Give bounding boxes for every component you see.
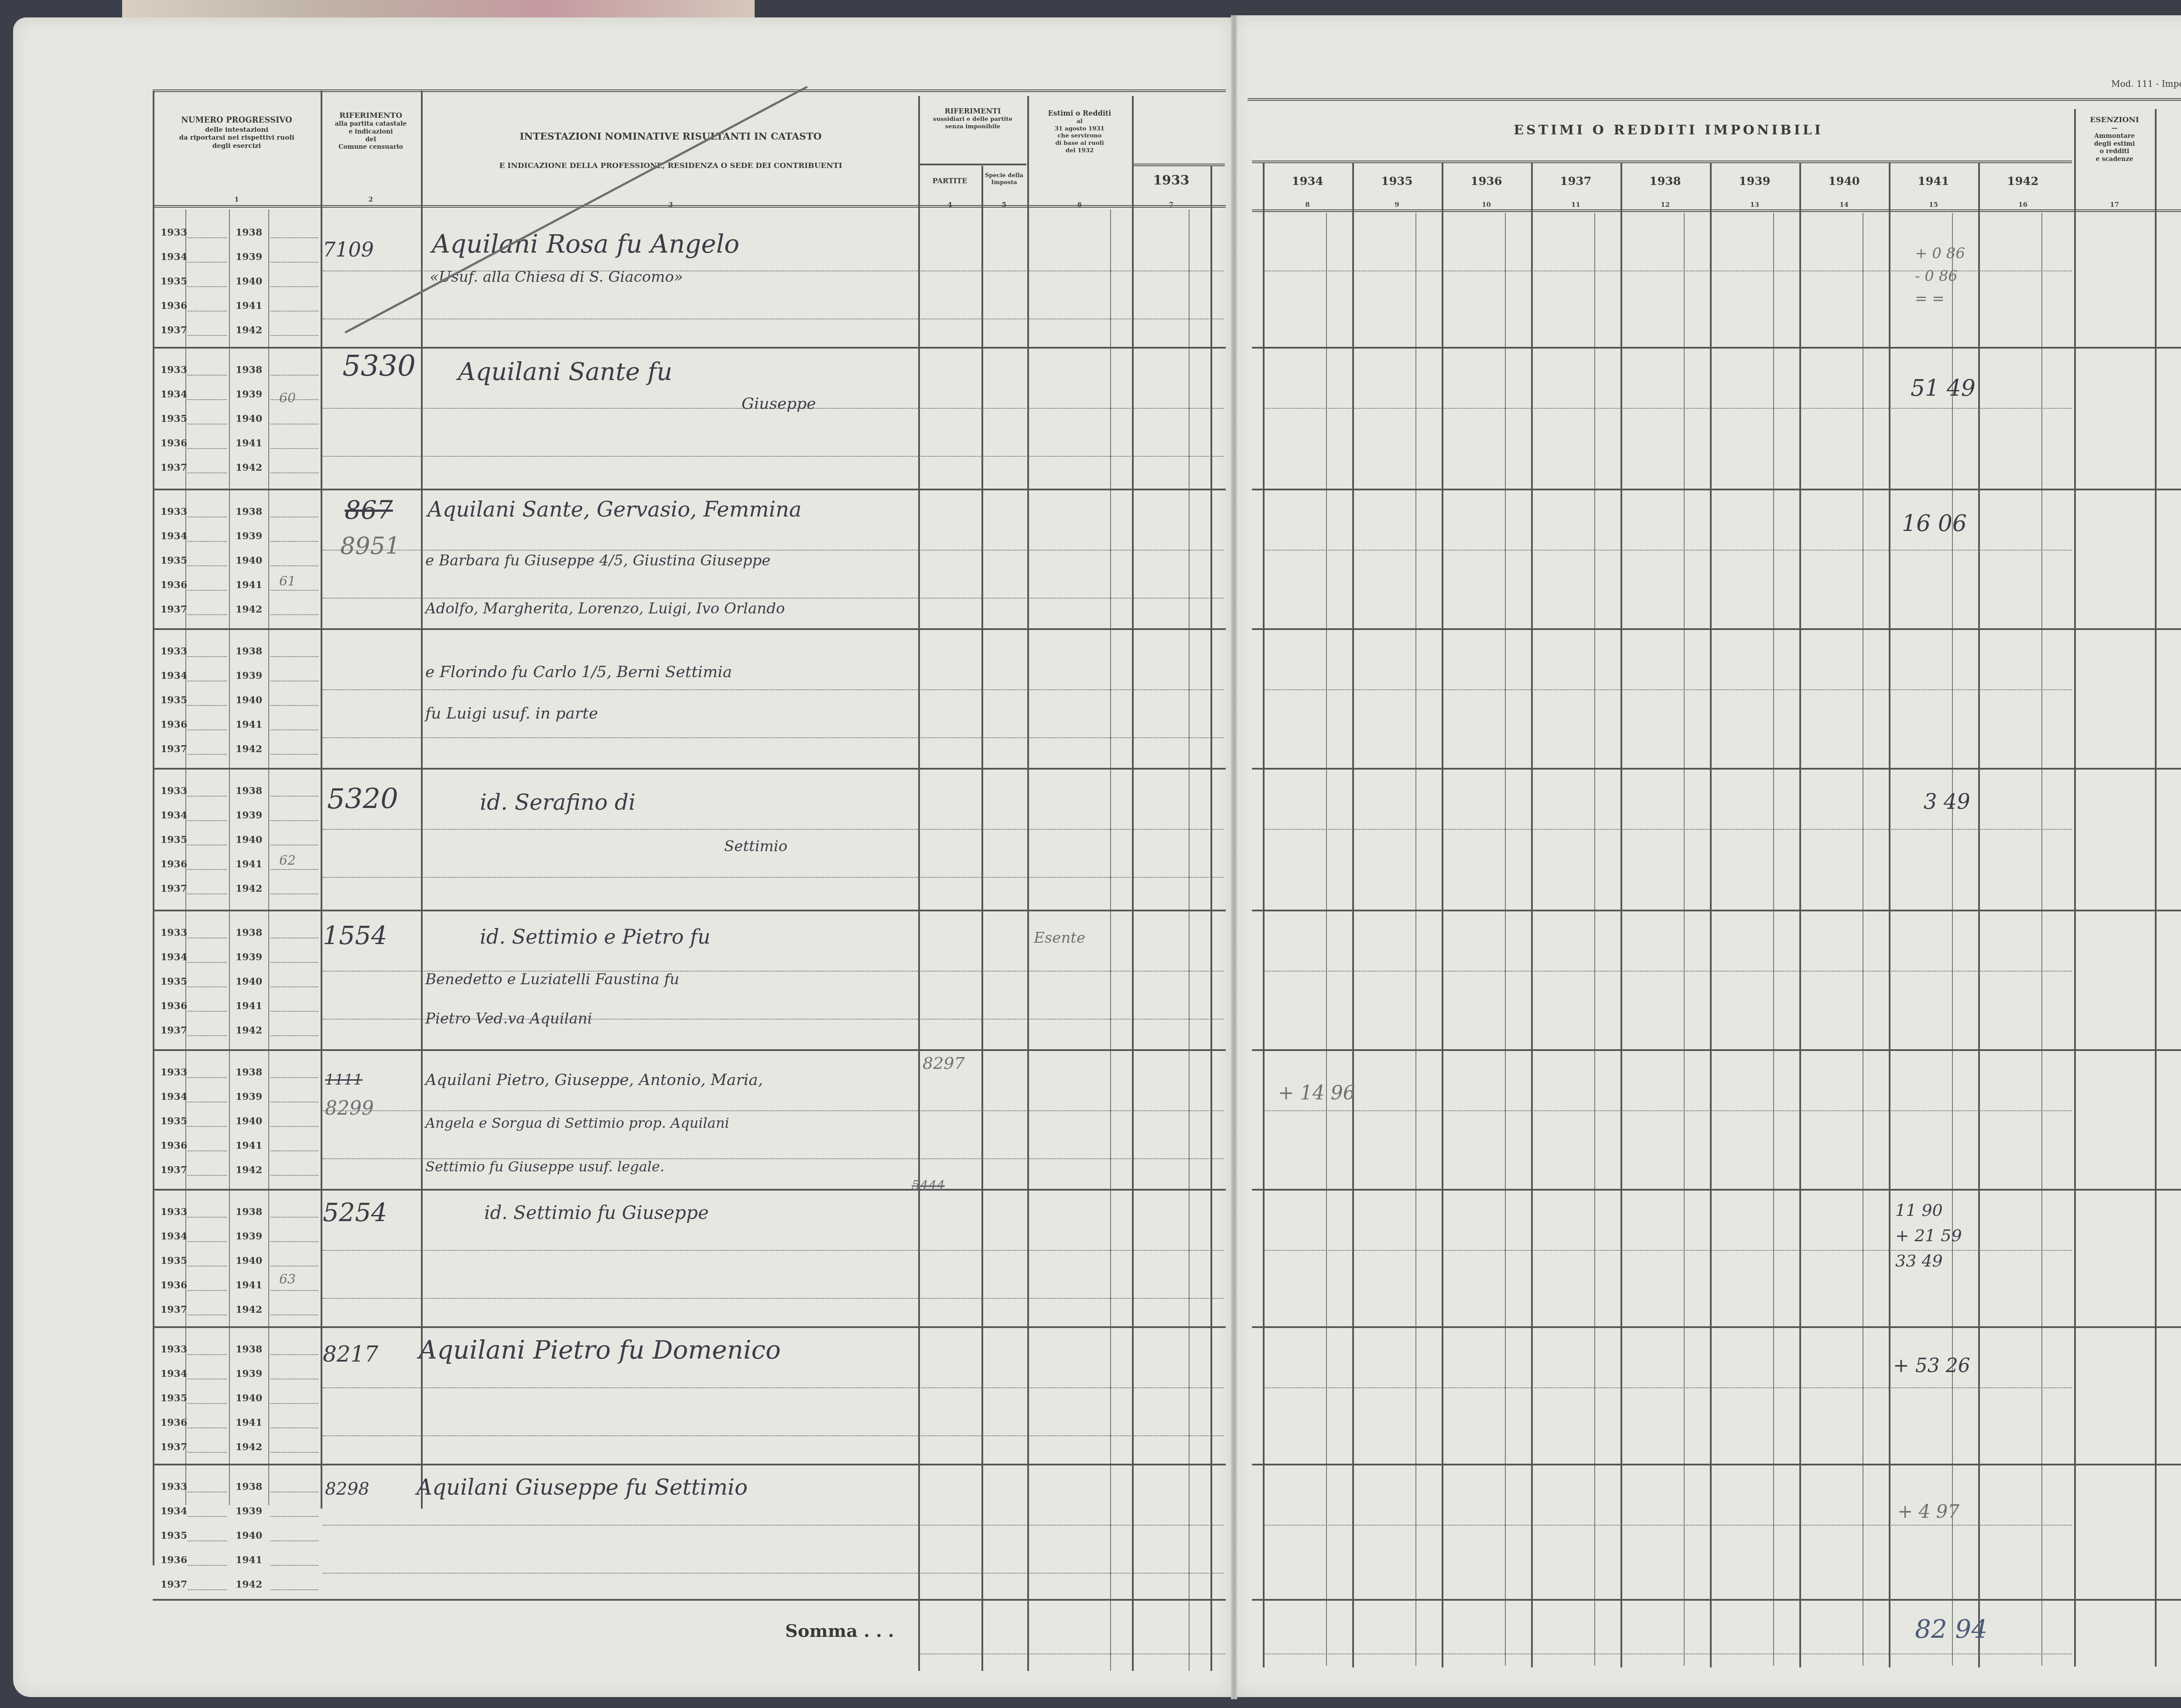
value-1941-entry-8: 11 90 + 21 59 33 49 bbox=[1895, 1198, 1962, 1273]
year-label: 1939 bbox=[236, 670, 262, 681]
year-label: 1933 bbox=[161, 927, 187, 938]
entry-separator bbox=[153, 489, 1226, 490]
year-label: 1940 bbox=[236, 1393, 262, 1404]
year-label: 1941 bbox=[236, 438, 262, 449]
year-label: 1938 bbox=[236, 1344, 262, 1355]
year-label: 1933 bbox=[161, 1206, 187, 1218]
blank-line bbox=[270, 472, 318, 473]
blank-line bbox=[270, 729, 318, 730]
blank-line bbox=[270, 681, 318, 681]
year-label: 1941 bbox=[236, 300, 262, 311]
year-label: 1937 bbox=[161, 1164, 187, 1176]
year-label: 1939 bbox=[236, 389, 262, 400]
blank-line bbox=[188, 1379, 227, 1379]
ruled-line bbox=[1265, 689, 2072, 690]
blank-line bbox=[270, 1102, 318, 1102]
blank-line bbox=[270, 1241, 318, 1242]
year-label: 1940 bbox=[236, 695, 262, 706]
header-intestazioni: INTESTAZIONI NOMINATIVE RISULTANTI IN CA… bbox=[425, 131, 916, 143]
blank-line bbox=[188, 1427, 227, 1428]
somma-rule bbox=[1265, 1653, 2072, 1654]
blank-line bbox=[188, 614, 227, 615]
cents-divider bbox=[2041, 213, 2042, 1666]
col-divider bbox=[1889, 162, 1890, 1667]
blank-line bbox=[188, 1102, 227, 1102]
ruled-line bbox=[323, 737, 1224, 738]
header-bottom-rule bbox=[1252, 209, 2181, 212]
year-label: 1936 bbox=[161, 1140, 187, 1151]
ruled-line bbox=[323, 1110, 1224, 1111]
subheader-rule bbox=[1252, 161, 2072, 163]
blank-line bbox=[270, 311, 318, 311]
year-label: 1935 bbox=[161, 834, 187, 845]
blank-line bbox=[270, 1452, 318, 1453]
entry-ref: 1554 bbox=[323, 921, 387, 950]
blank-line bbox=[270, 1290, 318, 1291]
blank-line bbox=[188, 237, 227, 238]
col-divider bbox=[1352, 162, 1354, 1667]
year-label: 1936 bbox=[161, 438, 187, 449]
cents-divider bbox=[1952, 213, 1953, 1666]
col-number: 6 bbox=[1029, 201, 1130, 209]
blank-line bbox=[270, 1589, 318, 1590]
blank-line bbox=[270, 1403, 318, 1404]
col-number: 13 bbox=[1710, 201, 1799, 209]
blank-line bbox=[188, 1589, 227, 1590]
cents-divider bbox=[1863, 213, 1863, 1666]
blank-line bbox=[270, 237, 318, 238]
blank-line bbox=[270, 286, 318, 287]
entry-separator bbox=[1252, 1326, 2181, 1328]
year-label: 1937 bbox=[161, 743, 187, 755]
year-label: 1937 bbox=[161, 1025, 187, 1036]
blank-line bbox=[188, 1452, 227, 1453]
entry-name: e Florindo fu Carlo 1/5, Berni Settimia bbox=[425, 663, 732, 681]
blank-line bbox=[188, 1011, 227, 1012]
blank-line bbox=[270, 1379, 318, 1379]
header-riferimento: RIFERIMENTO alla partita catastale e ind… bbox=[323, 111, 419, 151]
col-number: 4 bbox=[920, 201, 979, 209]
value-1941-entry-2: 51 49 bbox=[1911, 375, 1976, 401]
ruled-line bbox=[1265, 408, 2072, 409]
col-divider bbox=[1189, 209, 1190, 1671]
ruled-line bbox=[1265, 1525, 2072, 1526]
entry-separator bbox=[153, 910, 1226, 911]
header-year-1933: 1933 bbox=[1134, 172, 1208, 189]
blank-line bbox=[188, 1403, 227, 1404]
entry-name: Benedetto e Luziatelli Faustina fu bbox=[425, 971, 679, 988]
blank-line bbox=[270, 1492, 318, 1492]
header-year-1934: 1934 bbox=[1263, 175, 1352, 189]
header-year-1935: 1935 bbox=[1352, 175, 1442, 189]
value-1941-entry-1: + 0 86 - 0 86 = = bbox=[1915, 242, 1965, 310]
right-page bbox=[1234, 15, 2181, 1697]
blank-line bbox=[270, 1150, 318, 1151]
col-divider bbox=[1442, 162, 1443, 1667]
year-label: 1939 bbox=[236, 1091, 262, 1102]
entry-ref: 8217 bbox=[323, 1342, 378, 1367]
entry-separator bbox=[1252, 1189, 2181, 1191]
blank-line bbox=[188, 1565, 227, 1566]
entry-separator bbox=[153, 1189, 1226, 1191]
value-1941-entry-5: 3 49 bbox=[1924, 790, 1970, 814]
blank-line bbox=[188, 1492, 227, 1492]
blank-line bbox=[270, 1126, 318, 1127]
entry-separator bbox=[153, 1326, 1226, 1328]
year-label: 1940 bbox=[236, 834, 262, 845]
ruled-line bbox=[323, 1298, 1224, 1299]
year-label: 1934 bbox=[161, 670, 187, 681]
entry-separator bbox=[1252, 1464, 2181, 1465]
blank-line bbox=[270, 565, 318, 566]
header-year-1939: 1939 bbox=[1710, 175, 1799, 189]
year-label: 1941 bbox=[236, 859, 262, 870]
blank-line bbox=[270, 1516, 318, 1517]
year-label: 1935 bbox=[161, 276, 187, 287]
blank-line bbox=[188, 1540, 227, 1541]
year-label: 1939 bbox=[236, 1506, 262, 1517]
blank-line bbox=[270, 590, 318, 591]
entry-separator bbox=[1252, 1599, 2181, 1601]
blank-line bbox=[188, 1150, 227, 1151]
blank-line bbox=[188, 262, 227, 263]
ruled-line bbox=[323, 318, 1224, 319]
col-number: 2 bbox=[323, 195, 419, 203]
entry-separator bbox=[153, 628, 1226, 630]
year-label: 1941 bbox=[236, 1417, 262, 1428]
year-label: 1940 bbox=[236, 555, 262, 566]
blank-line bbox=[270, 1314, 318, 1315]
blank-line bbox=[270, 845, 318, 845]
blank-line bbox=[188, 541, 227, 542]
blank-line bbox=[188, 1266, 227, 1266]
header-estimi-1931: Estimi o Redditi al 31 agosto 1931 che s… bbox=[1029, 109, 1130, 154]
col-divider bbox=[1799, 162, 1801, 1667]
col-number: 5 bbox=[982, 201, 1026, 209]
entry-partita: 8297 bbox=[923, 1054, 965, 1073]
blank-line bbox=[270, 869, 318, 870]
blank-line bbox=[188, 311, 227, 311]
book-gutter bbox=[1231, 15, 1237, 1699]
year-label: 1937 bbox=[161, 325, 187, 336]
entry-prog: 61 bbox=[279, 574, 296, 589]
year-label: 1934 bbox=[161, 1231, 187, 1242]
blank-line bbox=[270, 1427, 318, 1428]
header-year-1941: 1941 bbox=[1889, 175, 1978, 189]
subheader-rule bbox=[920, 164, 1026, 165]
ruled-line bbox=[323, 1250, 1224, 1251]
year-label: 1935 bbox=[161, 1393, 187, 1404]
year-label: 1933 bbox=[161, 646, 187, 657]
ruled-line bbox=[323, 456, 1224, 457]
blank-line bbox=[188, 656, 227, 657]
col-divider bbox=[229, 209, 230, 1505]
year-label: 1935 bbox=[161, 1255, 187, 1266]
ruled-line bbox=[323, 829, 1224, 830]
year-label: 1939 bbox=[236, 251, 262, 263]
somma-label: Somma . . . bbox=[785, 1621, 894, 1641]
year-label: 1937 bbox=[161, 1441, 187, 1453]
year-label: 1940 bbox=[236, 976, 262, 987]
year-label: 1942 bbox=[236, 1579, 262, 1590]
entry-separator bbox=[153, 1464, 1226, 1465]
subheader-rule bbox=[1133, 164, 1225, 166]
year-label: 1933 bbox=[161, 506, 187, 517]
year-label: 1933 bbox=[161, 1067, 187, 1078]
blank-line bbox=[270, 614, 318, 615]
blank-line bbox=[270, 796, 318, 797]
blank-line bbox=[188, 820, 227, 821]
entry-separator bbox=[1252, 910, 2181, 911]
entry-separator bbox=[153, 1049, 1226, 1051]
entry-separator bbox=[1252, 1049, 2181, 1051]
entry-separator bbox=[153, 347, 1226, 349]
header-annotazioni: ANNOTAZIONI bbox=[2157, 153, 2181, 166]
year-label: 1942 bbox=[236, 462, 262, 473]
entry-name: Pietro Ved.va Aquilani bbox=[425, 1010, 592, 1027]
ruled-line bbox=[323, 1525, 1224, 1526]
blank-line bbox=[188, 1516, 227, 1517]
col-number: 7 bbox=[1134, 201, 1208, 209]
binding-clips bbox=[122, 0, 755, 20]
col-number: 3 bbox=[425, 201, 916, 209]
year-label: 1941 bbox=[236, 1280, 262, 1291]
year-label: 1938 bbox=[236, 364, 262, 376]
header-estimi-imponibili: ESTIMI O REDDITI IMPONIBILI bbox=[1265, 122, 2072, 139]
year-label: 1933 bbox=[161, 785, 187, 797]
table-left-border bbox=[153, 91, 154, 1565]
blank-line bbox=[270, 1540, 318, 1541]
entry-name: Aquilani Sante fu bbox=[458, 358, 672, 386]
col-divider bbox=[918, 96, 920, 1671]
table-top-rule bbox=[1248, 98, 2181, 101]
entry-ref-2: 8951 bbox=[340, 532, 400, 560]
blank-line bbox=[188, 845, 227, 845]
blank-line bbox=[188, 869, 227, 870]
entry-name: Aquilani Sante, Gervasio, Femmina bbox=[427, 497, 802, 522]
year-label: 1942 bbox=[236, 883, 262, 894]
entry-ref-crossed: 1111 bbox=[325, 1071, 363, 1088]
blank-line bbox=[270, 938, 318, 938]
header-year-1936: 1936 bbox=[1442, 175, 1531, 189]
blank-line bbox=[188, 286, 227, 287]
year-label: 1941 bbox=[236, 579, 262, 591]
header-year-1937: 1937 bbox=[1531, 175, 1620, 189]
entry-name: Giuseppe bbox=[742, 395, 816, 413]
blank-line bbox=[188, 1217, 227, 1218]
blank-line bbox=[188, 335, 227, 336]
year-label: 1936 bbox=[161, 1417, 187, 1428]
blank-line bbox=[188, 472, 227, 473]
year-label: 1938 bbox=[236, 646, 262, 657]
entry-separator bbox=[1252, 628, 2181, 630]
col-divider bbox=[1531, 162, 1533, 1667]
cents-divider bbox=[1415, 213, 1416, 1666]
blank-line bbox=[188, 705, 227, 706]
year-label: 1938 bbox=[236, 1206, 262, 1218]
entry-ref: 5320 bbox=[327, 783, 398, 815]
value-1941-entry-9: + 53 26 bbox=[1893, 1355, 1970, 1377]
blank-line bbox=[270, 986, 318, 987]
entry-name: Aquilani Rosa fu Angelo bbox=[432, 229, 739, 259]
blank-line bbox=[188, 962, 227, 963]
table-top-rule bbox=[153, 89, 1226, 92]
blank-line bbox=[188, 375, 227, 376]
year-label: 1934 bbox=[161, 389, 187, 400]
col-divider bbox=[1620, 162, 1622, 1667]
year-label: 1942 bbox=[236, 1441, 262, 1453]
entry-name: Aquilani Pietro, Giuseppe, Antonio, Mari… bbox=[425, 1071, 763, 1089]
year-label: 1933 bbox=[161, 227, 187, 238]
year-label: 1934 bbox=[161, 952, 187, 963]
entry-name: Aquilani Pietro fu Domenico bbox=[419, 1335, 781, 1365]
year-label: 1940 bbox=[236, 276, 262, 287]
col-number: 8 bbox=[1263, 201, 1352, 209]
year-label: 1934 bbox=[161, 810, 187, 821]
year-label: 1941 bbox=[236, 1140, 262, 1151]
blank-line bbox=[270, 541, 318, 542]
year-label: 1934 bbox=[161, 1506, 187, 1517]
blank-line bbox=[188, 1354, 227, 1355]
year-label: 1940 bbox=[236, 1116, 262, 1127]
blank-line bbox=[188, 1035, 227, 1036]
entry-prog: 62 bbox=[279, 853, 296, 868]
entry-ref: 7109 bbox=[323, 238, 374, 261]
col-number: 18 bbox=[2157, 201, 2181, 209]
year-label: 1941 bbox=[236, 1554, 262, 1566]
year-label: 1935 bbox=[161, 413, 187, 424]
year-label: 1934 bbox=[161, 1091, 187, 1102]
entry-separator bbox=[1252, 489, 2181, 490]
col-number: 11 bbox=[1531, 201, 1620, 209]
year-label: 1942 bbox=[236, 743, 262, 755]
year-label: 1941 bbox=[236, 719, 262, 730]
col-divider bbox=[1210, 166, 1212, 1671]
col-divider bbox=[1710, 162, 1712, 1667]
ruled-line bbox=[1265, 971, 2072, 972]
col-divider bbox=[1978, 162, 1980, 1667]
year-label: 1939 bbox=[236, 810, 262, 821]
year-label: 1935 bbox=[161, 1530, 187, 1541]
blank-line bbox=[270, 820, 318, 821]
ruled-line bbox=[323, 1387, 1224, 1388]
year-label: 1938 bbox=[236, 1481, 262, 1492]
somma-1941: 82 94 bbox=[1915, 1614, 1987, 1644]
blank-line bbox=[188, 796, 227, 797]
blank-line bbox=[188, 590, 227, 591]
year-label: 1936 bbox=[161, 1554, 187, 1566]
entry-name: Angela e Sorgua di Settimio prop. Aquila… bbox=[425, 1115, 729, 1131]
year-label: 1937 bbox=[161, 883, 187, 894]
header-year-1938: 1938 bbox=[1620, 175, 1710, 189]
blank-line bbox=[188, 681, 227, 681]
year-label: 1936 bbox=[161, 1000, 187, 1012]
year-label: 1942 bbox=[236, 604, 262, 615]
year-label: 1941 bbox=[236, 1000, 262, 1012]
blank-line bbox=[188, 1241, 227, 1242]
year-label: 1936 bbox=[161, 859, 187, 870]
year-label: 1934 bbox=[161, 251, 187, 263]
col-divider bbox=[981, 166, 983, 1671]
cents-divider bbox=[1773, 213, 1774, 1666]
header-numero-progressivo: NUMERO PROGRESSIVO delle intestazioni da… bbox=[155, 116, 318, 150]
blank-line bbox=[188, 729, 227, 730]
entry-ref: 8299 bbox=[325, 1097, 374, 1119]
ruled-line bbox=[1265, 1387, 2072, 1388]
col-number: 9 bbox=[1352, 201, 1442, 209]
entry-note: «Usuf. alla Chiesa di S. Giacomo» bbox=[430, 268, 683, 286]
entry-name: Settimio fu Giuseppe usuf. legale. bbox=[425, 1158, 664, 1175]
blank-line bbox=[270, 1266, 318, 1266]
blank-line bbox=[188, 1126, 227, 1127]
col-number: 10 bbox=[1442, 201, 1531, 209]
cents-divider bbox=[1684, 213, 1685, 1666]
entry-ref: 5330 bbox=[342, 349, 416, 383]
year-label: 1940 bbox=[236, 413, 262, 424]
col-number: 16 bbox=[1978, 201, 2068, 209]
form-label: Mod. 111 - Imposte Dirette (Intercalare)… bbox=[2111, 79, 2181, 89]
col-divider bbox=[2074, 109, 2076, 1667]
blank-line bbox=[188, 893, 227, 894]
year-label: 1937 bbox=[161, 1579, 187, 1590]
entry-prog: 60 bbox=[279, 390, 296, 406]
blank-line bbox=[270, 754, 318, 755]
blank-line bbox=[188, 565, 227, 566]
entry-name: Aquilani Giuseppe fu Settimio bbox=[417, 1475, 748, 1500]
year-label: 1933 bbox=[161, 1344, 187, 1355]
blank-line bbox=[270, 1077, 318, 1078]
year-label: 1934 bbox=[161, 1368, 187, 1379]
blank-line bbox=[188, 754, 227, 755]
ruled-line bbox=[1265, 550, 2072, 551]
blank-line bbox=[270, 1217, 318, 1218]
year-label: 1942 bbox=[236, 1164, 262, 1176]
year-label: 1934 bbox=[161, 531, 187, 542]
year-label: 1938 bbox=[236, 1067, 262, 1078]
col-divider bbox=[2155, 109, 2157, 1667]
header-year-1940: 1940 bbox=[1799, 175, 1889, 189]
entry-partita: 5444 bbox=[912, 1178, 945, 1193]
year-label: 1942 bbox=[236, 325, 262, 336]
blank-line bbox=[270, 1011, 318, 1012]
blank-line bbox=[188, 1077, 227, 1078]
year-label: 1935 bbox=[161, 555, 187, 566]
blank-line bbox=[270, 448, 318, 449]
entry-prog: 63 bbox=[279, 1272, 296, 1287]
blank-line bbox=[270, 962, 318, 963]
col-number: 15 bbox=[1889, 201, 1978, 209]
ruled-line bbox=[323, 689, 1224, 690]
year-label: 1939 bbox=[236, 531, 262, 542]
col-divider bbox=[321, 91, 322, 1509]
entry-esente: Esente bbox=[1034, 929, 1085, 947]
ruled-line bbox=[1265, 1110, 2072, 1111]
year-label: 1935 bbox=[161, 695, 187, 706]
year-label: 1938 bbox=[236, 927, 262, 938]
year-label: 1933 bbox=[161, 364, 187, 376]
header-riferimenti-sussidiari: RIFERIMENTI sussidiari e delle partite s… bbox=[920, 107, 1025, 130]
blank-line bbox=[270, 1354, 318, 1355]
blank-line bbox=[188, 448, 227, 449]
cents-divider bbox=[1505, 213, 1506, 1666]
entry-name: id. Settimio fu Giuseppe bbox=[484, 1202, 709, 1223]
col-divider bbox=[421, 91, 423, 1509]
header-esenzioni: ESENZIONI — Ammontare degli estimi o red… bbox=[2076, 116, 2153, 164]
value-1941-entry-10: + 4 97 bbox=[1897, 1501, 1959, 1522]
blank-line bbox=[270, 893, 318, 894]
blank-line bbox=[270, 424, 318, 424]
cents-divider bbox=[1326, 213, 1327, 1666]
